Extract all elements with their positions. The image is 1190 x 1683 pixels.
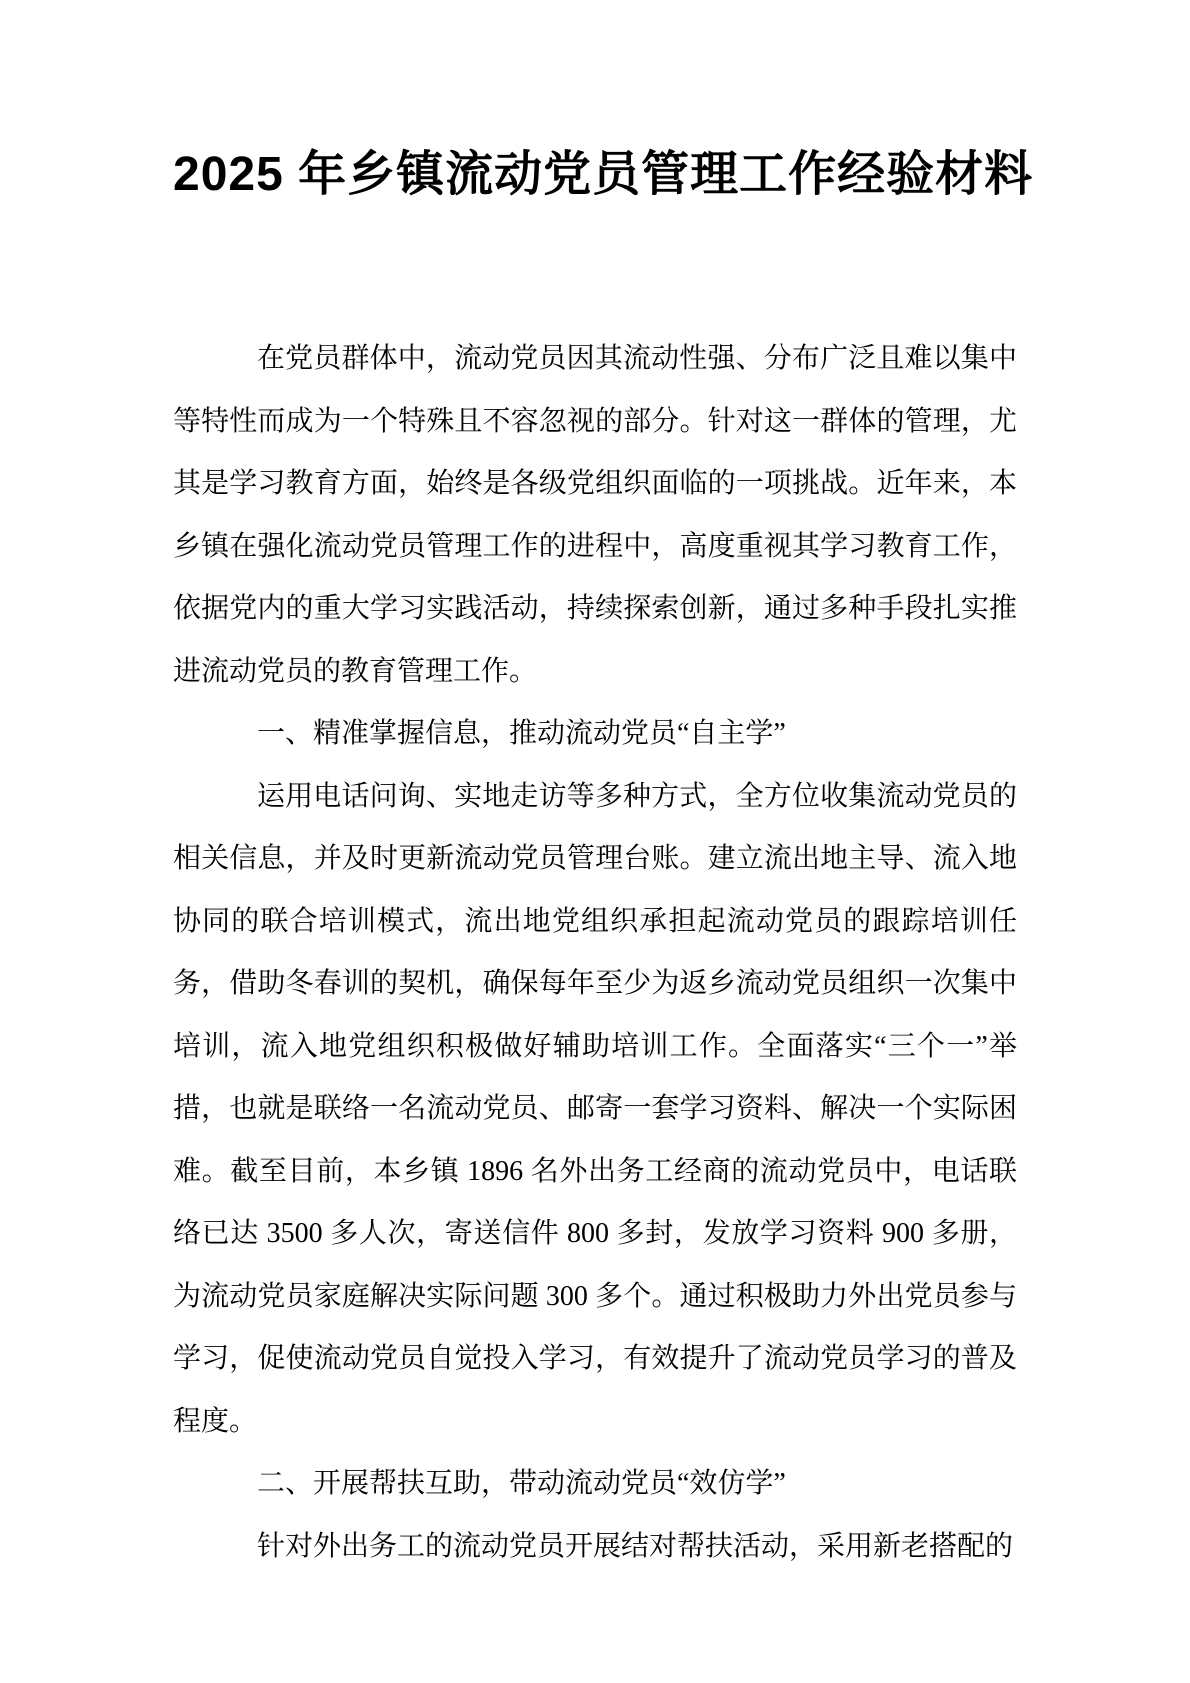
- body-paragraph: 运用电话问询、实地走访等多种方式，全方位收集流动党员的相关信息，并及时更新流动党…: [173, 766, 1017, 1454]
- document-title: 2025 年乡镇流动党员管理工作经验材料: [173, 146, 1017, 204]
- document-body: 在党员群体中，流动党员因其流动性强、分布广泛且难以集中等特性而成为一个特殊且不容…: [173, 328, 1017, 1578]
- section-heading: 二、开展帮扶互助，带动流动党员“效仿学”: [173, 1453, 1017, 1516]
- document-page: 2025 年乡镇流动党员管理工作经验材料 在党员群体中，流动党员因其流动性强、分…: [0, 0, 1190, 1683]
- body-paragraph: 针对外出务工的流动党员开展结对帮扶活动，采用新老搭配的: [173, 1516, 1017, 1579]
- section-heading: 一、精准掌握信息，推动流动党员“自主学”: [173, 703, 1017, 766]
- body-paragraph: 在党员群体中，流动党员因其流动性强、分布广泛且难以集中等特性而成为一个特殊且不容…: [173, 328, 1017, 703]
